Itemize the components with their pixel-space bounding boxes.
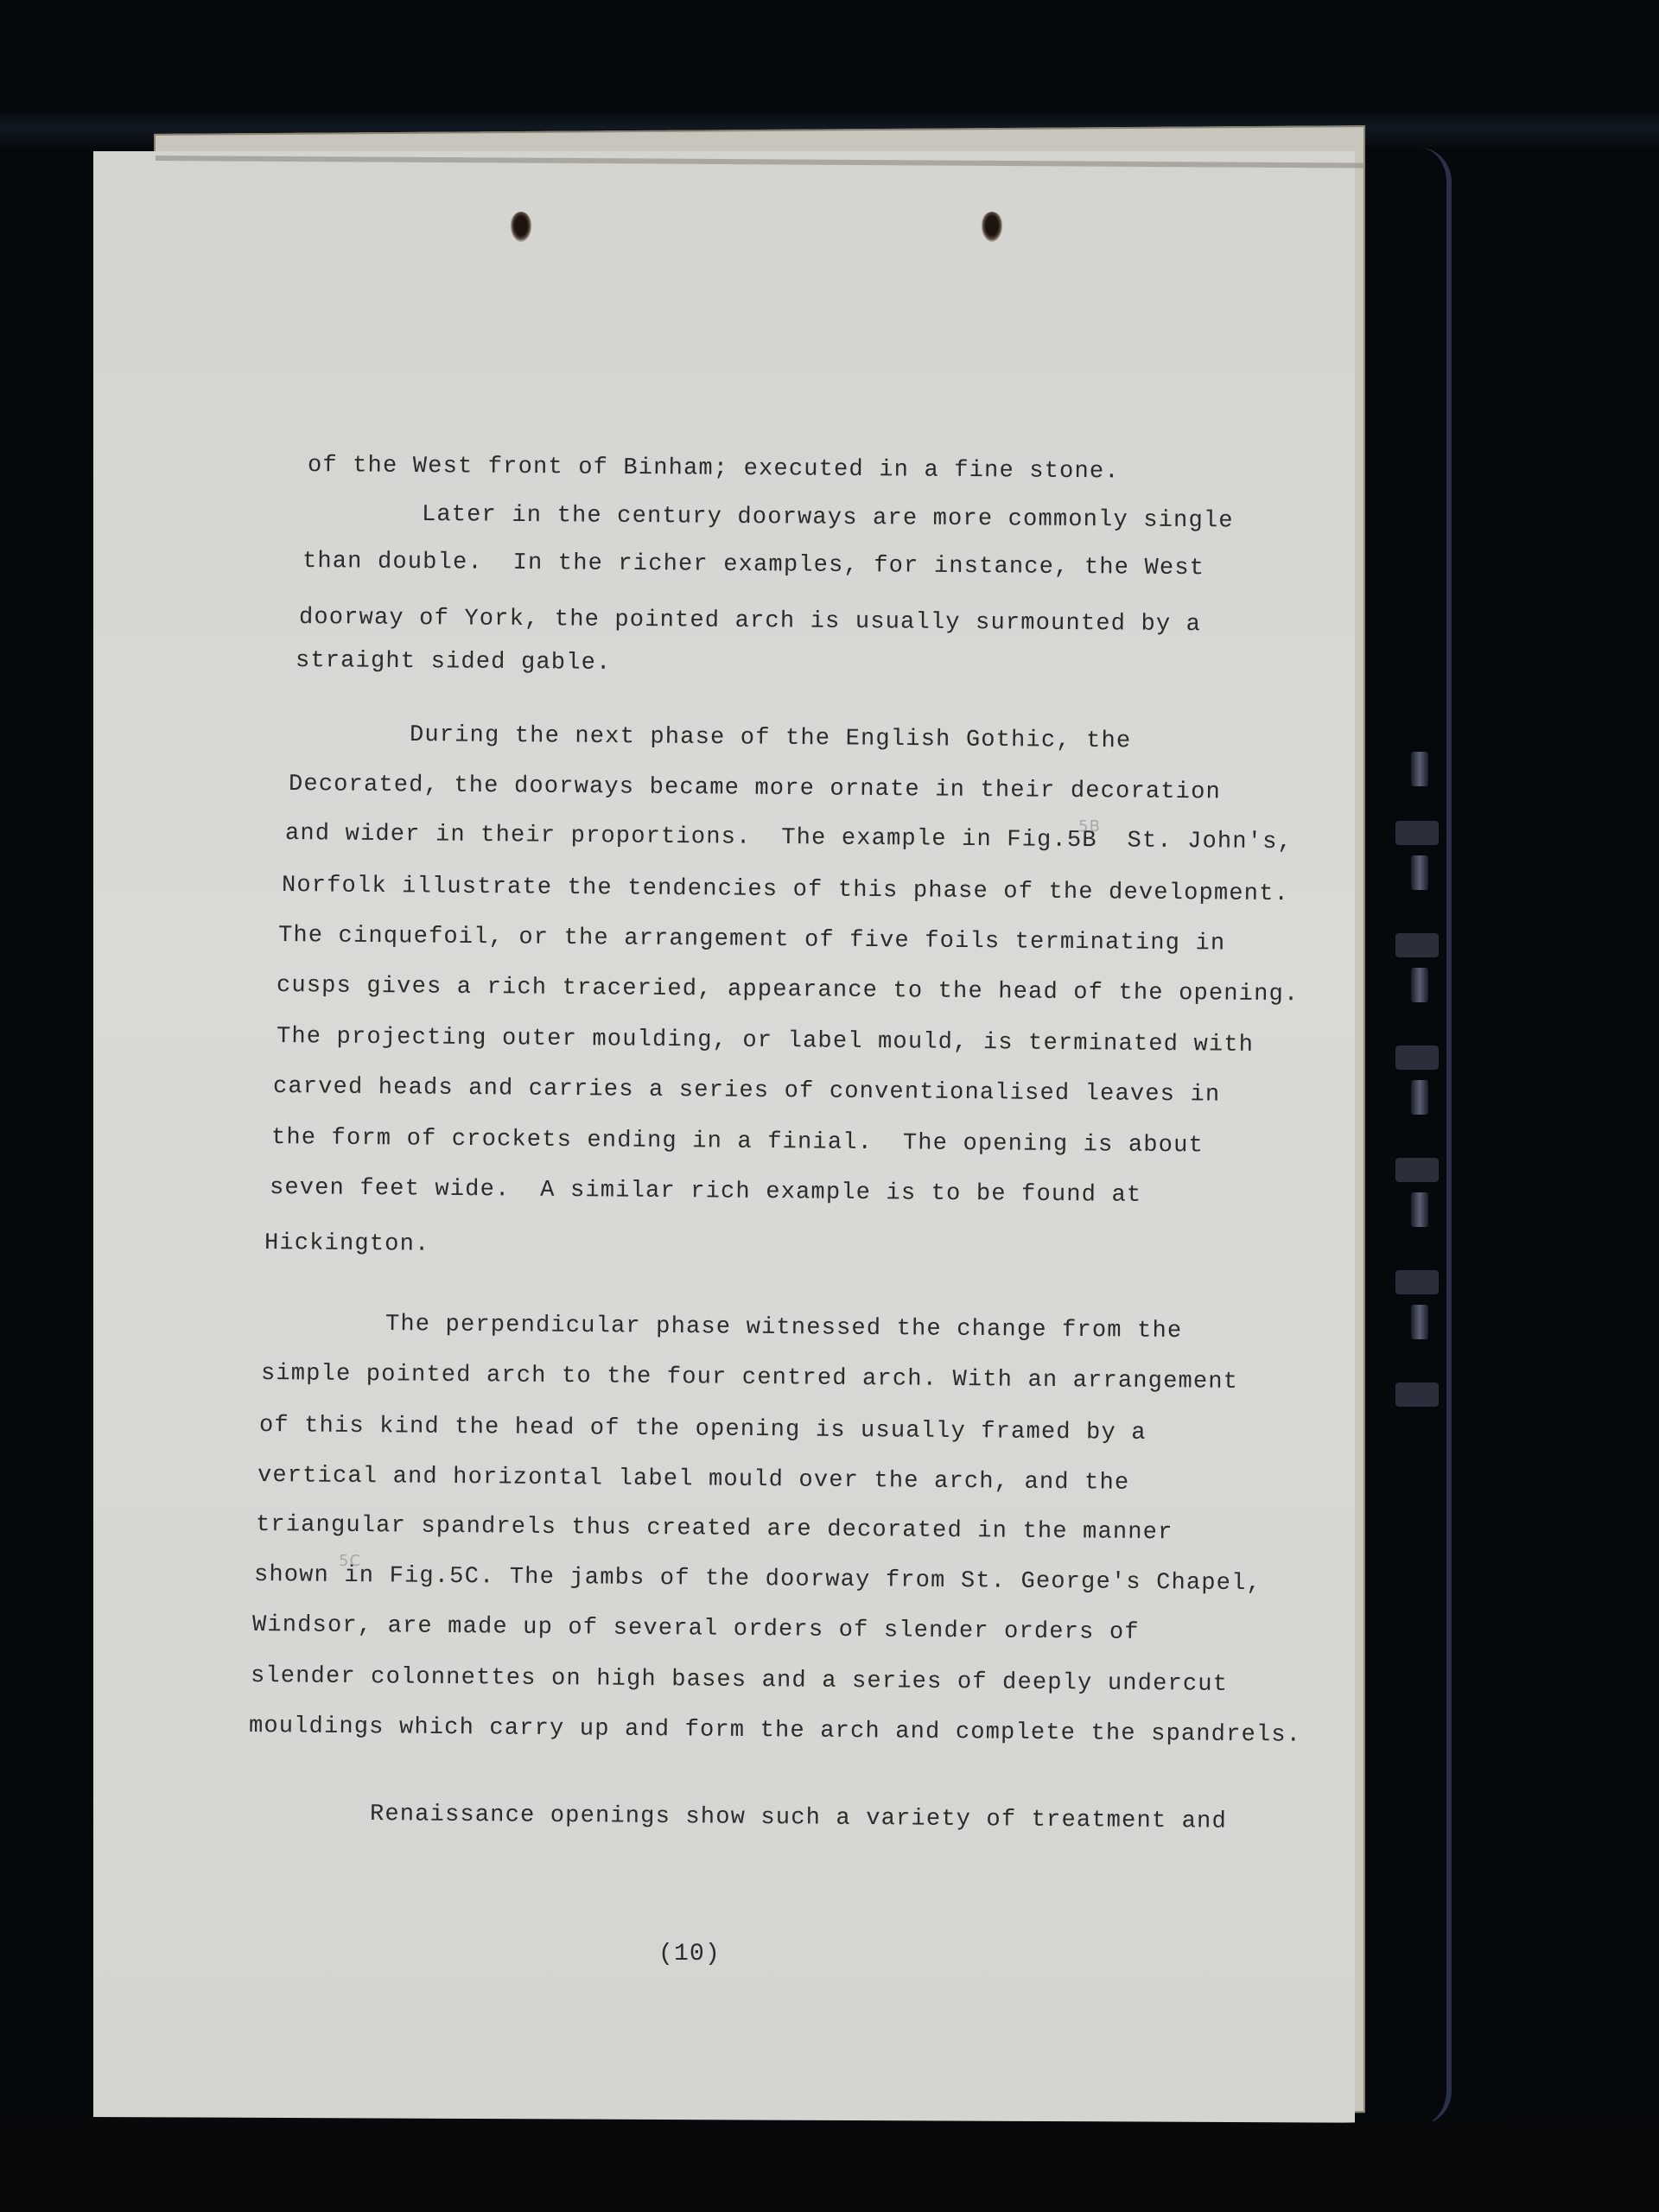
background-bottom [0,2117,1659,2212]
text-line: mouldings which carry up and form the ar… [249,1713,1301,1749]
text-line: The perpendicular phase witnessed the ch… [385,1312,1183,1344]
text-line: triangular spandrels thus created are de… [256,1512,1173,1546]
text-line: The projecting outer moulding, or label … [276,1024,1254,1058]
text-line: Renaissance openings show such a variety… [370,1802,1227,1835]
text-line: straight sided gable. [296,648,612,677]
text-line: slender colonnettes on high bases and a … [251,1663,1228,1698]
text-line: The cinquefoil, or the arrangement of fi… [278,923,1226,957]
text-line: seven feet wide. A similar rich example … [270,1175,1142,1209]
text-line: carved heads and carries a series of con… [273,1074,1221,1109]
text-line: Norfolk illustrate the tendencies of thi… [282,873,1289,907]
pencil-annotation-5b: 5B [1078,817,1101,836]
text-line: doorway of York, the pointed arch is usu… [299,605,1201,638]
typewritten-text: of the West front of Binham; executed in… [0,0,1659,2212]
text-line: Hickington. [264,1230,430,1258]
text-line: and wider in their proportions. The exam… [285,821,1293,855]
text-line: Windsor, are made up of several orders o… [252,1612,1140,1646]
text-line: than double. In the richer examples, for… [302,549,1205,582]
text-line: of the West front of Binham; executed in… [308,453,1120,485]
text-line: the form of crockets ending in a finial.… [271,1125,1204,1159]
text-line: simple pointed arch to the four centred … [261,1361,1238,1395]
text-line: Decorated, the doorways became more orna… [289,772,1221,805]
page-number: (10) [658,1941,721,1967]
text-line: Later in the century doorways are more c… [422,502,1234,534]
text-line: shown in Fig.5C. The jambs of the doorwa… [254,1562,1262,1597]
text-line: cusps gives a rich traceried, appearance… [276,973,1300,1007]
text-line: During the next phase of the English Got… [410,722,1132,754]
pencil-annotation-5c: 5C [339,1552,361,1570]
text-line: of this kind the head of the opening is … [259,1413,1147,1446]
text-line: vertical and horizontal label mould over… [257,1463,1130,1497]
